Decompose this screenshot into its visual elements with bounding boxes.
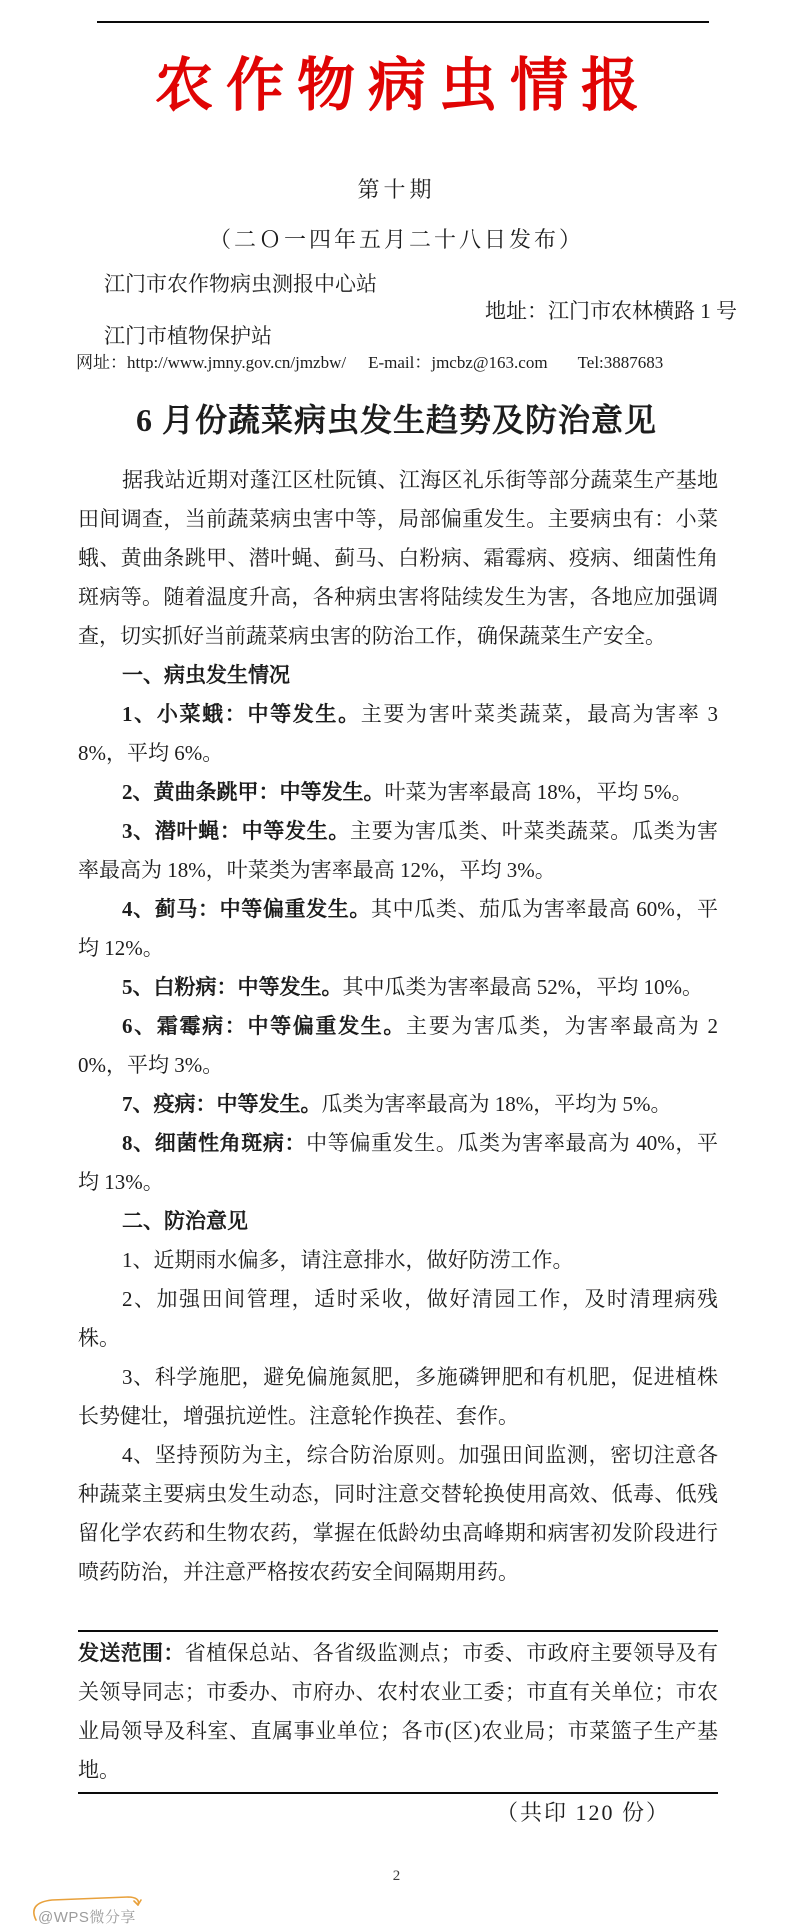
pest-item-lead: 4、蓟马：中等偏重发生。 — [122, 897, 371, 921]
address-line: 地址：江门市农林横路 1 号 — [485, 295, 737, 325]
watermark-text: @WPS微分享 — [38, 1906, 136, 1927]
article-title: 6 月份蔬菜病虫发生趋势及防治意见 — [0, 398, 793, 442]
wps-watermark: @WPS微分享 — [30, 1894, 160, 1926]
email-text: E-mail：jmcbz@163.com — [368, 353, 547, 372]
pest-item-lead: 8、细菌性角斑病： — [122, 1131, 306, 1155]
pest-item-lead: 3、潜叶蝇：中等发生。 — [122, 819, 350, 843]
pest-item-3: 3、潜叶蝇：中等发生。主要为害瓜类、叶菜类蔬菜。瓜类为害率最高为 18%，叶菜类… — [78, 812, 718, 890]
pest-item-lead: 6、霜霉病：中等偏重发生。 — [122, 1014, 406, 1038]
masthead-rule — [97, 21, 709, 23]
telephone-text: Tel:3887683 — [578, 353, 664, 372]
section1-heading: 一、病虫发生情况 — [78, 656, 718, 695]
pest-item-rest: 瓜类为害率最高为 18%，平均为 5%。 — [322, 1092, 672, 1116]
pest-item-4: 4、蓟马：中等偏重发生。其中瓜类、茄瓜为害率最高 60%，平均 12%。 — [78, 890, 718, 968]
pest-item-7: 7、疫病：中等发生。瓜类为害率最高为 18%，平均为 5%。 — [78, 1085, 718, 1124]
advice-item-3: 3、科学施肥，避免偏施氮肥，多施磷钾肥和有机肥，促进植株长势健壮，增强抗逆性。注… — [78, 1358, 718, 1436]
org-line-2: 江门市植物保护站 — [104, 323, 377, 349]
organization-row: 江门市农作物病虫测报中心站 江门市植物保护站 地址：江门市农林横路 1 号 — [104, 271, 737, 349]
distribution-paragraph: 发送范围：省植保总站、各省级监测点；市委、市政府主要领导及有关领导同志；市委办、… — [78, 1634, 718, 1790]
document-page: 农作物病虫情报 第十期 （二Ｏ一四年五月二十八日发布） 江门市农作物病虫测报中心… — [0, 0, 793, 1928]
masthead-title: 农作物病虫情报 — [0, 53, 793, 119]
publish-date: （二Ｏ一四年五月二十八日发布） — [0, 224, 793, 255]
issue-number: 第十期 — [0, 175, 793, 204]
pest-item-lead: 7、疫病：中等发生。 — [122, 1092, 322, 1116]
contact-row: 网址：http://www.jmny.gov.cn/jmzbw/E-mail：j… — [76, 352, 793, 374]
article-body: 据我站近期对蓬江区杜阮镇、江海区礼乐街等部分蔬菜生产基地田间调查，当前蔬菜病虫害… — [78, 461, 718, 1592]
advice-item-2: 2、加强田间管理，适时采收，做好清园工作，及时清理病残株。 — [78, 1280, 718, 1358]
distribution-rule-bottom — [78, 1792, 718, 1794]
distribution-rule-top — [78, 1630, 718, 1632]
pest-item-lead: 5、白粉病：中等发生。 — [122, 975, 343, 999]
organization-names: 江门市农作物病虫测报中心站 江门市植物保护站 — [104, 271, 377, 349]
org-line-1: 江门市农作物病虫测报中心站 — [104, 271, 377, 297]
distribution-block: 发送范围：省植保总站、各省级监测点；市委、市政府主要领导及有关领导同志；市委办、… — [78, 1634, 718, 1790]
pest-item-rest: 叶菜为害率最高 18%，平均 5%。 — [385, 780, 693, 804]
pest-item-lead: 1、小菜蛾：中等发生。 — [122, 702, 361, 726]
pest-item-rest: 其中瓜类为害率最高 52%，平均 10%。 — [343, 975, 704, 999]
distribution-label: 发送范围： — [78, 1641, 185, 1665]
pest-item-1: 1、小菜蛾：中等发生。主要为害叶菜类蔬菜，最高为害率 38%，平均 6%。 — [78, 695, 718, 773]
pest-item-8: 8、细菌性角斑病：中等偏重发生。瓜类为害率最高为 40%，平均 13%。 — [78, 1124, 718, 1202]
print-count: （共印 120 份） — [78, 1798, 718, 1828]
advice-item-4: 4、坚持预防为主，综合防治原则。加强田间监测，密切注意各种蔬菜主要病虫发生动态，… — [78, 1436, 718, 1592]
pest-item-6: 6、霜霉病：中等偏重发生。主要为害瓜类，为害率最高为 20%，平均 3%。 — [78, 1007, 718, 1085]
website-text: 网址：http://www.jmny.gov.cn/jmzbw/ — [76, 353, 346, 372]
page-number: 2 — [0, 1868, 793, 1885]
section2-heading: 二、防治意见 — [78, 1202, 718, 1241]
intro-paragraph: 据我站近期对蓬江区杜阮镇、江海区礼乐街等部分蔬菜生产基地田间调查，当前蔬菜病虫害… — [78, 461, 718, 656]
pest-item-lead: 2、黄曲条跳甲：中等发生。 — [122, 780, 385, 804]
pest-item-2: 2、黄曲条跳甲：中等发生。叶菜为害率最高 18%，平均 5%。 — [78, 773, 718, 812]
advice-item-1: 1、近期雨水偏多，请注意排水，做好防涝工作。 — [78, 1241, 718, 1280]
pest-item-5: 5、白粉病：中等发生。其中瓜类为害率最高 52%，平均 10%。 — [78, 968, 718, 1007]
